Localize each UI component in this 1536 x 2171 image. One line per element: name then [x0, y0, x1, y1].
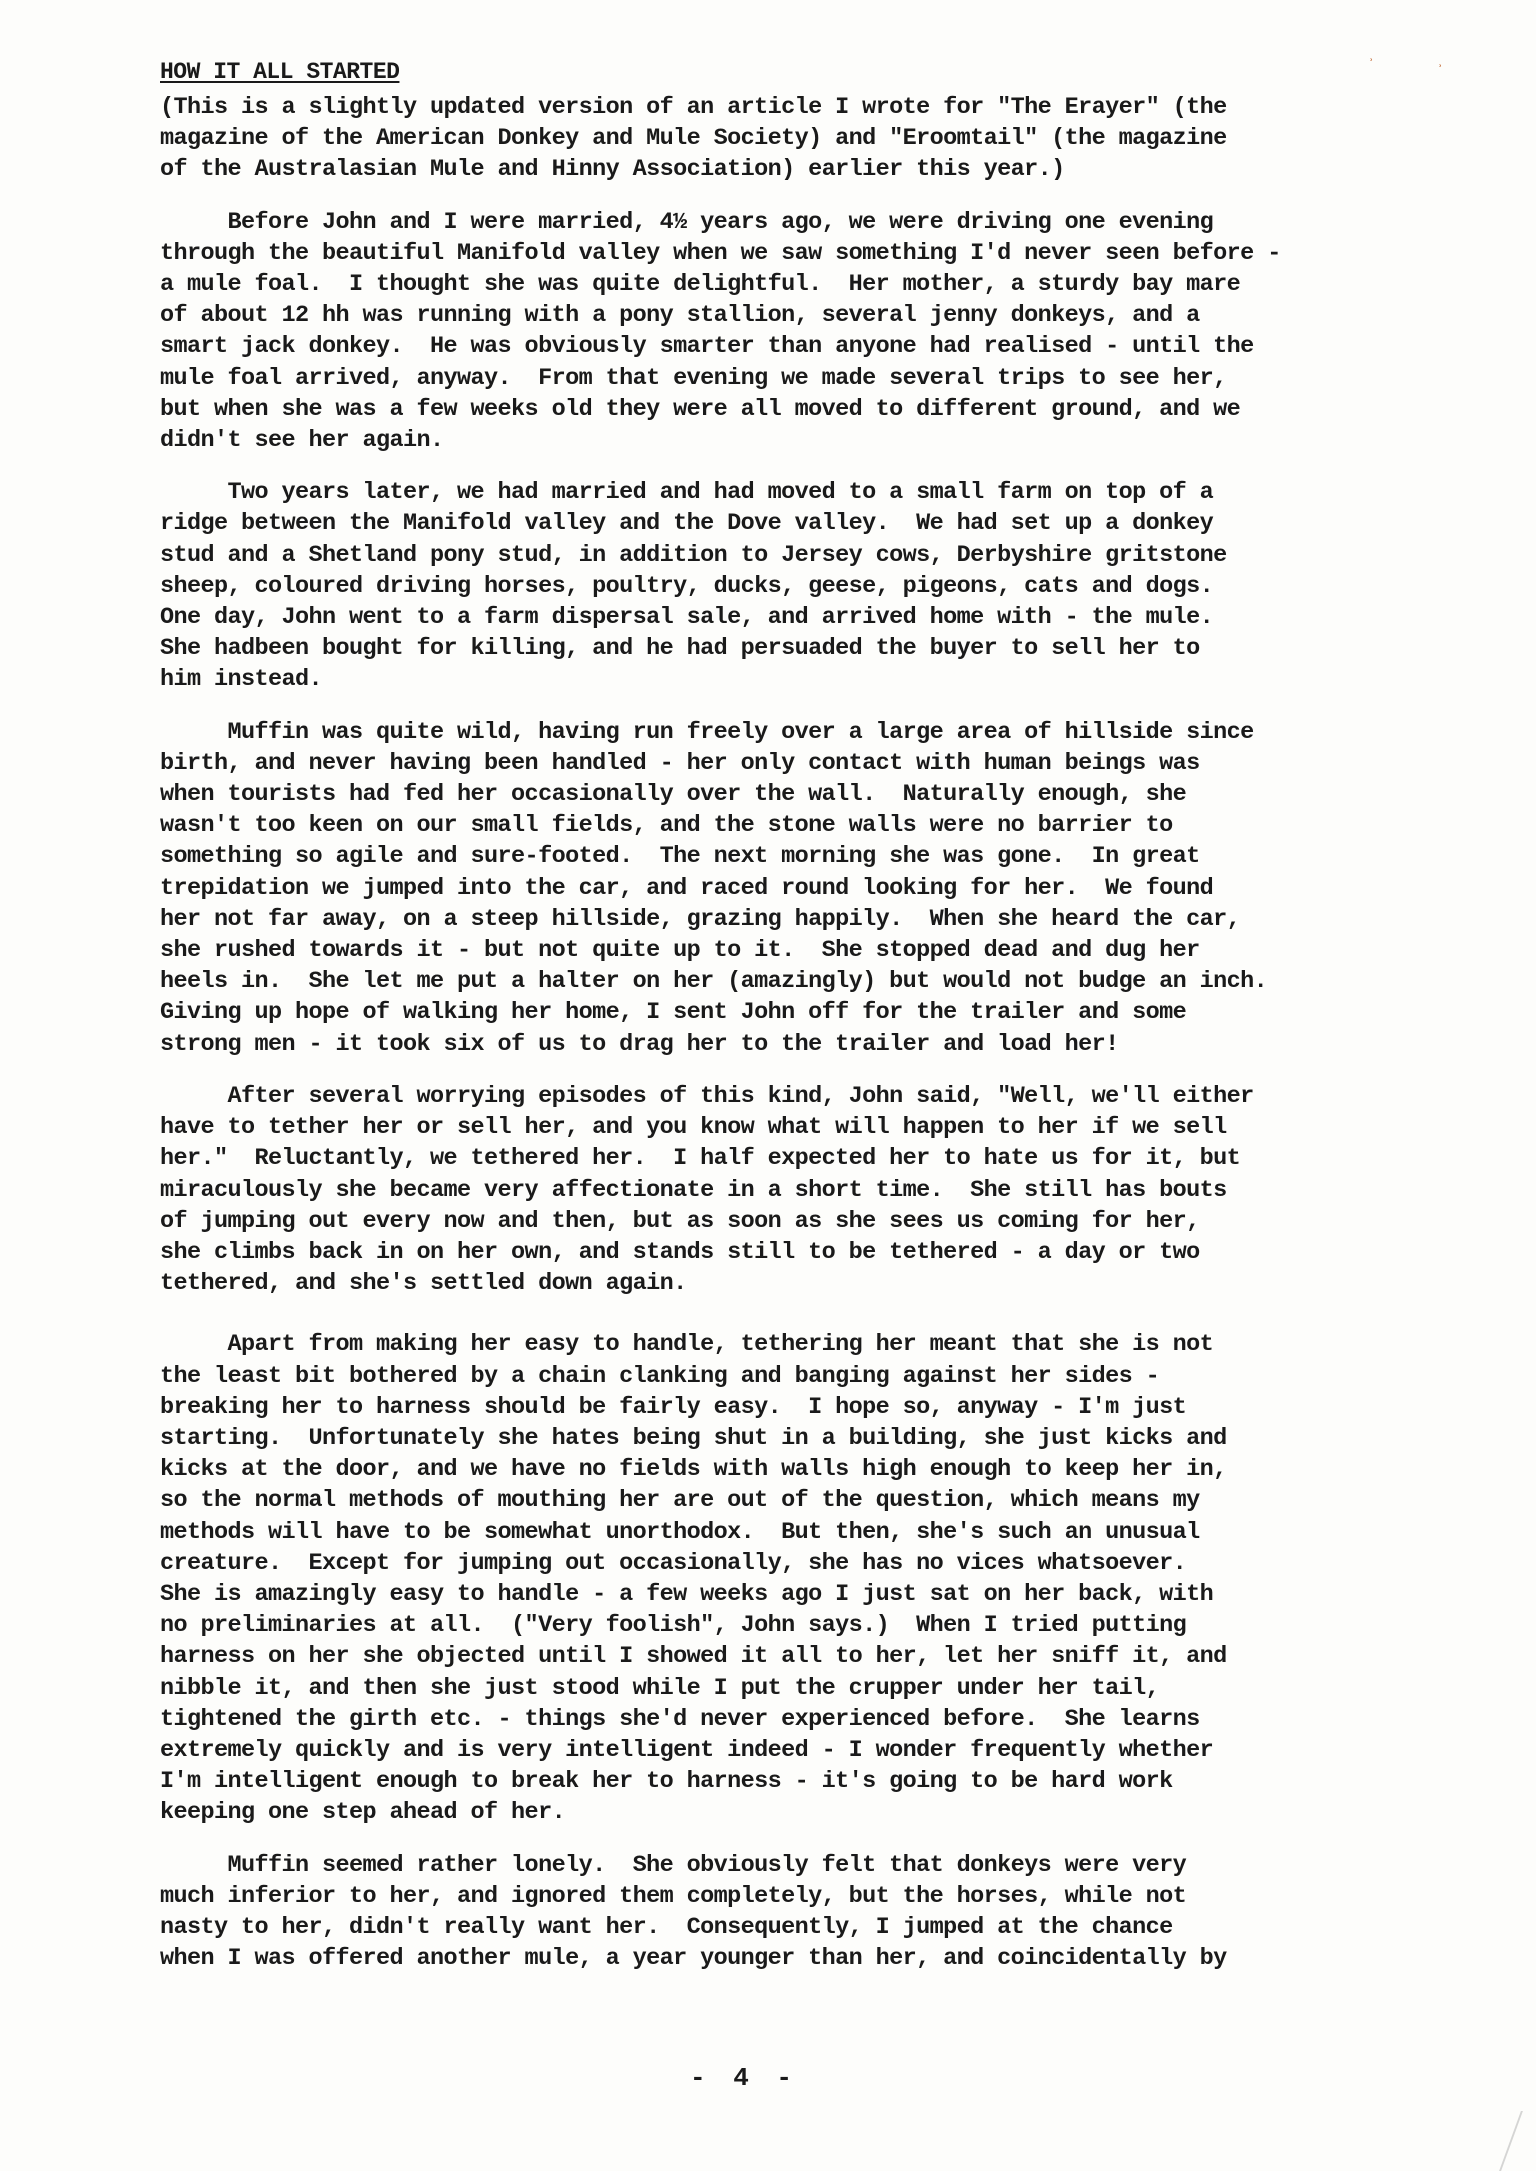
- text-line: nibble it, and then she just stood while…: [160, 1673, 1460, 1704]
- text-line: tethered, and she's settled down again.: [160, 1268, 1460, 1299]
- text-line: trepidation we jumped into the car, and …: [160, 873, 1460, 904]
- text-line: through the beautiful Manifold valley wh…: [160, 238, 1460, 269]
- article-body: (This is a slightly updated version of a…: [160, 92, 1460, 1974]
- text-line: tightened the girth etc. - things she'd …: [160, 1704, 1460, 1735]
- text-line: a mule foal. I thought she was quite del…: [160, 269, 1460, 300]
- text-line: kicks at the door, and we have no fields…: [160, 1454, 1460, 1485]
- text-line: so the normal methods of mouthing her ar…: [160, 1485, 1460, 1516]
- text-line: Apart from making her easy to handle, te…: [160, 1329, 1460, 1360]
- text-line: One day, John went to a farm dispersal s…: [160, 602, 1460, 633]
- text-line: sheep, coloured driving horses, poultry,…: [160, 571, 1460, 602]
- text-line: when tourists had fed her occasionally o…: [160, 779, 1460, 810]
- text-line: she rushed towards it - but not quite up…: [160, 935, 1460, 966]
- text-line: her." Reluctantly, we tethered her. I ha…: [160, 1143, 1460, 1174]
- text-line: After several worrying episodes of this …: [160, 1081, 1460, 1112]
- text-line: (This is a slightly updated version of a…: [160, 92, 1460, 123]
- text-line: smart jack donkey. He was obviously smar…: [160, 331, 1460, 362]
- text-line: keeping one step ahead of her.: [160, 1797, 1460, 1828]
- text-line: She is amazingly easy to handle - a few …: [160, 1579, 1460, 1610]
- paragraph-gap: [160, 1299, 1460, 1329]
- paragraph-gap: [160, 456, 1460, 477]
- text-line: Muffin was quite wild, having run freely…: [160, 717, 1460, 748]
- text-line: I'm intelligent enough to break her to h…: [160, 1766, 1460, 1797]
- page-curl: [1499, 2111, 1536, 2171]
- text-line: no preliminaries at all. ("Very foolish"…: [160, 1610, 1460, 1641]
- text-line: of the Australasian Mule and Hinny Assoc…: [160, 154, 1460, 185]
- text-line: but when she was a few weeks old they we…: [160, 394, 1460, 425]
- text-line: wasn't too keen on our small fields, and…: [160, 810, 1460, 841]
- text-line: mule foal arrived, anyway. From that eve…: [160, 363, 1460, 394]
- paragraph: After several worrying episodes of this …: [160, 1081, 1460, 1299]
- paragraph: (This is a slightly updated version of a…: [160, 92, 1460, 186]
- text-line: Muffin seemed rather lonely. She obvious…: [160, 1850, 1460, 1881]
- text-line: She hadbeen bought for killing, and he h…: [160, 633, 1460, 664]
- text-line: him instead.: [160, 664, 1460, 695]
- text-line: creature. Except for jumping out occasio…: [160, 1548, 1460, 1579]
- paragraph-gap: [160, 696, 1460, 717]
- text-line: starting. Unfortunately she hates being …: [160, 1423, 1460, 1454]
- text-line: methods will have to be somewhat unortho…: [160, 1517, 1460, 1548]
- paragraph-gap: [160, 1829, 1460, 1850]
- text-line: her not far away, on a steep hillside, g…: [160, 904, 1460, 935]
- text-line: stud and a Shetland pony stud, in additi…: [160, 540, 1460, 571]
- text-line: when I was offered another mule, a year …: [160, 1943, 1460, 1974]
- text-line: didn't see her again.: [160, 425, 1460, 456]
- ink-mark: ʾ: [1436, 64, 1444, 80]
- text-line: breaking her to harness should be fairly…: [160, 1392, 1460, 1423]
- text-line: ridge between the Manifold valley and th…: [160, 508, 1460, 539]
- paragraph: Apart from making her easy to handle, te…: [160, 1329, 1460, 1828]
- text-line: the least bit bothered by a chain clanki…: [160, 1361, 1460, 1392]
- paragraph: Before John and I were married, 4½ years…: [160, 207, 1460, 457]
- text-line: of jumping out every now and then, but a…: [160, 1206, 1460, 1237]
- paragraph: Muffin was quite wild, having run freely…: [160, 717, 1460, 1060]
- text-line: nasty to her, didn't really want her. Co…: [160, 1912, 1460, 1943]
- page-number: - 4 -: [690, 2063, 798, 2093]
- text-line: Before John and I were married, 4½ years…: [160, 207, 1460, 238]
- paragraph-gap: [160, 186, 1460, 207]
- text-line: of about 12 hh was running with a pony s…: [160, 300, 1460, 331]
- text-line: heels in. She let me put a halter on her…: [160, 966, 1460, 997]
- document-page: HOW IT ALL STARTED (This is a slightly u…: [160, 58, 1460, 1974]
- text-line: she climbs back in on her own, and stand…: [160, 1237, 1460, 1268]
- paragraph-gap: [160, 1060, 1460, 1081]
- text-line: have to tether her or sell her, and you …: [160, 1112, 1460, 1143]
- text-line: Two years later, we had married and had …: [160, 477, 1460, 508]
- text-line: extremely quickly and is very intelligen…: [160, 1735, 1460, 1766]
- text-line: birth, and never having been handled - h…: [160, 748, 1460, 779]
- text-line: harness on her she objected until I show…: [160, 1641, 1460, 1672]
- article-title: HOW IT ALL STARTED: [160, 58, 1460, 86]
- text-line: much inferior to her, and ignored them c…: [160, 1881, 1460, 1912]
- text-line: miraculously she became very affectionat…: [160, 1175, 1460, 1206]
- text-line: strong men - it took six of us to drag h…: [160, 1029, 1460, 1060]
- text-line: something so agile and sure-footed. The …: [160, 841, 1460, 872]
- paragraph: Two years later, we had married and had …: [160, 477, 1460, 695]
- text-line: Giving up hope of walking her home, I se…: [160, 997, 1460, 1028]
- paragraph: Muffin seemed rather lonely. She obvious…: [160, 1850, 1460, 1975]
- text-line: magazine of the American Donkey and Mule…: [160, 123, 1460, 154]
- ink-mark: ʾ: [1367, 58, 1375, 74]
